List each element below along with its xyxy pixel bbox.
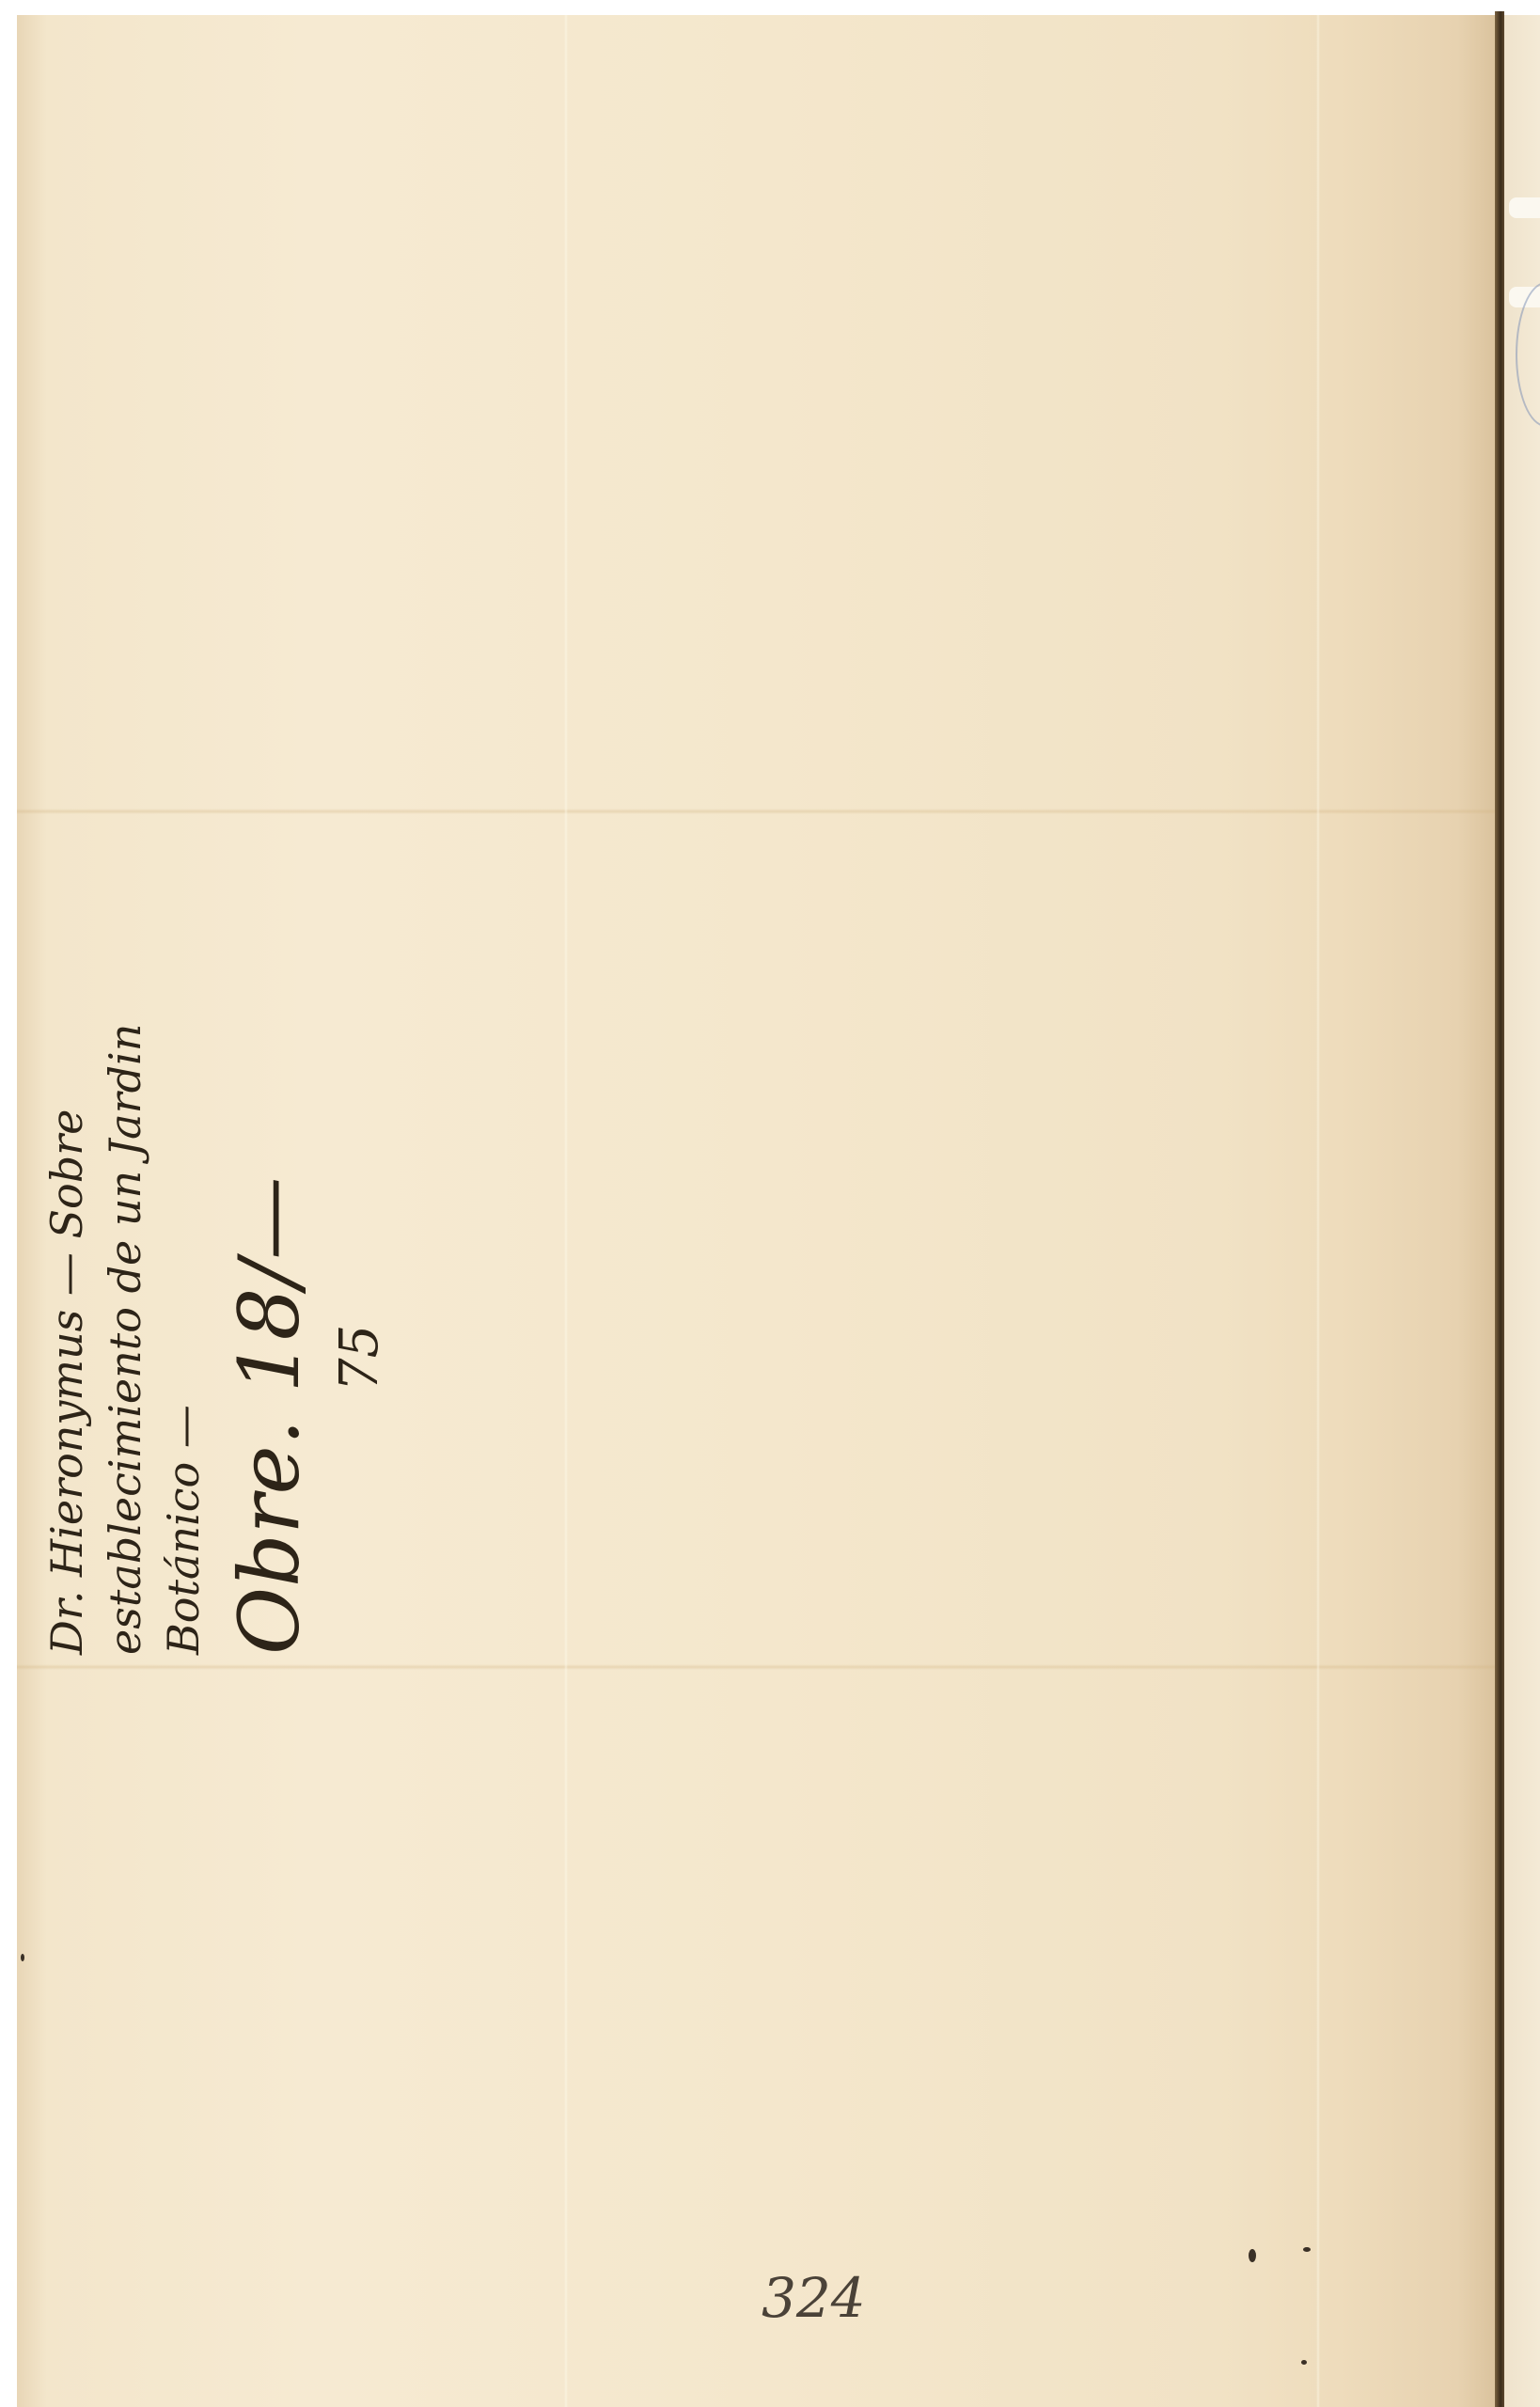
annotation-line-3: Botánico — xyxy=(154,809,212,1655)
ink-speck xyxy=(1303,2247,1311,2252)
ink-speck xyxy=(1249,2249,1256,2262)
paper-fold-vertical xyxy=(564,15,568,2407)
ink-speck xyxy=(21,1954,24,1961)
book-spine-gutter xyxy=(1495,11,1504,2407)
annotation-date: Obre. 18/— xyxy=(218,809,322,1655)
annotation-line-2: establecimiento de un Jardin xyxy=(96,809,154,1655)
paper-tab xyxy=(1509,197,1540,218)
paper-fold-horizontal xyxy=(17,1664,1502,1670)
page-number: 324 xyxy=(762,2266,866,2330)
ink-speck xyxy=(1301,2360,1307,2365)
handwritten-annotation: Dr. Hieronymus — Sobre establecimiento d… xyxy=(38,809,322,1655)
annotation-line-1: Dr. Hieronymus — Sobre xyxy=(38,809,96,1655)
paper-fold-vertical xyxy=(1316,15,1320,2407)
annotation-year: 75 xyxy=(329,1325,390,1392)
